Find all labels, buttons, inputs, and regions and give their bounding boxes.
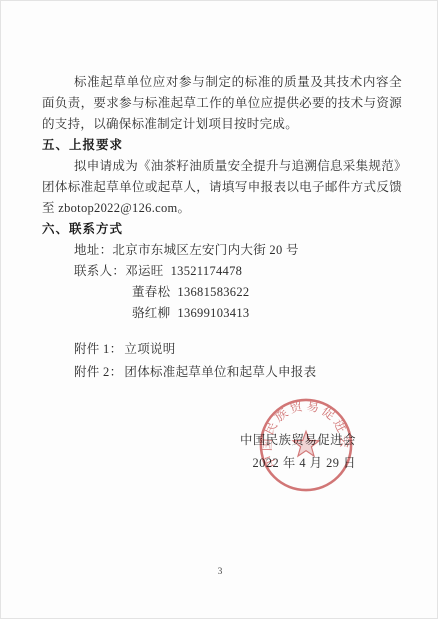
contact-line: 联系人：邓运旺13521174478 [42, 261, 402, 282]
signature-block: 中国民族贸易促进会 2022 年 4 月 29 日 [1, 429, 356, 475]
attachment-line: 附件 2：团体标准起草单位和起草人申报表 [74, 361, 402, 384]
signature-organization: 中国民族贸易促进会 [1, 429, 356, 452]
contact-name: 董春松 [132, 285, 170, 299]
contact-phone: 13521174478 [171, 264, 243, 278]
paragraph2-line3-email: 至 zbotop2022@126.com。 [42, 198, 402, 219]
signature-date: 2022 年 4 月 29 日 [1, 452, 356, 475]
document-body: 标准起草单位应对参与制定的标准的质量及其技术内容全 面负责，要求参与标准起草工作… [42, 72, 402, 324]
contact-line: 董春松13681583622 [42, 282, 402, 303]
address-line: 地址：北京市东城区左安门内大街 20 号 [42, 240, 402, 261]
contact-name: 骆红柳 [132, 306, 170, 320]
paragraph2-line1: 拟申请成为《油茶籽油质量安全提升与追溯信息采集规范》 [42, 156, 402, 177]
contact-phone: 13699103413 [177, 306, 249, 320]
document-page: 标准起草单位应对参与制定的标准的质量及其技术内容全 面负责，要求参与标准起草工作… [0, 0, 438, 619]
paragraph1-line1: 标准起草单位应对参与制定的标准的质量及其技术内容全 [42, 72, 402, 93]
address-label: 地址： [74, 243, 112, 257]
contact-label: 联系人： [74, 264, 125, 278]
attachment-title: 立项说明 [124, 342, 175, 356]
paragraph1-line3: 的支持，以确保标准制定计划项目按时完成。 [42, 114, 402, 135]
attachment-label: 附件 1： [74, 342, 122, 356]
page-number: 3 [1, 567, 438, 577]
attachment-label: 附件 2： [74, 365, 122, 379]
contact-line: 骆红柳13699103413 [42, 303, 402, 324]
section6-heading: 六、联系方式 [42, 219, 402, 240]
contact-name: 邓运旺 [125, 264, 163, 278]
contact-phone: 13681583622 [177, 285, 249, 299]
paragraph1-line2: 面负责，要求参与标准起草工作的单位应提供必要的技术与资源 [42, 93, 402, 114]
attachment-title: 团体标准起草单位和起草人申报表 [124, 365, 316, 379]
attachment-line: 附件 1：立项说明 [74, 338, 402, 361]
attachments-list: 附件 1：立项说明 附件 2：团体标准起草单位和起草人申报表 [42, 338, 402, 384]
address-value: 北京市东城区左安门内大街 20 号 [112, 243, 298, 257]
paragraph2-line2: 团体标准起草单位或起草人，请填写申报表以电子邮件方式反馈 [42, 177, 402, 198]
section5-heading: 五、上报要求 [42, 135, 402, 156]
